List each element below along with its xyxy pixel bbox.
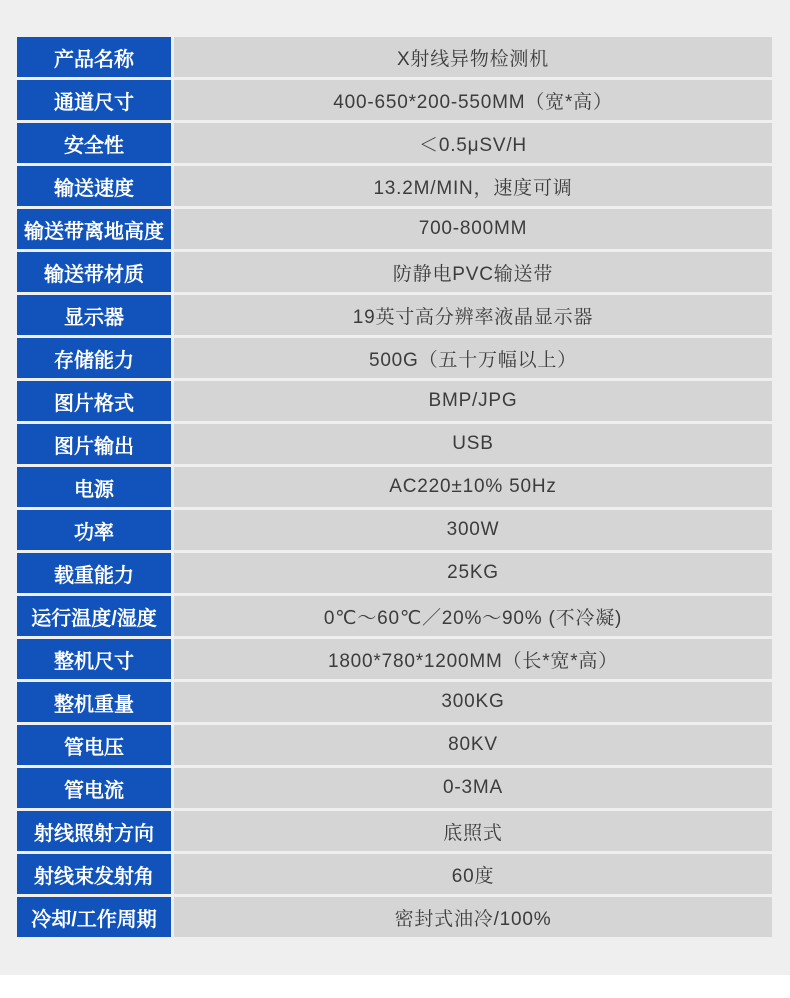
spec-row: 整机尺寸 1800*780*1200MM（长*宽*高） <box>17 639 772 679</box>
spec-label: 输送速度 <box>17 166 171 206</box>
spec-row: 存储能力 500G（五十万幅以上） <box>17 338 772 378</box>
spec-value: 13.2M/MIN，速度可调 <box>174 166 772 206</box>
spec-row: 射线束发射角 60度 <box>17 854 772 894</box>
spec-row: 输送带材质 防静电PVC输送带 <box>17 252 772 292</box>
spec-value: 19英寸高分辨率液晶显示器 <box>174 295 772 335</box>
spec-value: 700-800MM <box>174 209 772 249</box>
spec-value: ＜0.5μSV/H <box>174 123 772 163</box>
spec-value: 底照式 <box>174 811 772 851</box>
spec-row: 整机重量 300KG <box>17 682 772 722</box>
spec-value: USB <box>174 424 772 464</box>
spec-row: 产品名称 X射线异物检测机 <box>17 37 772 77</box>
spec-row: 冷却/工作周期 密封式油冷/100% <box>17 897 772 937</box>
spec-value: 300KG <box>174 682 772 722</box>
spec-row: 射线照射方向 底照式 <box>17 811 772 851</box>
spec-label: 图片输出 <box>17 424 171 464</box>
spec-value: 80KV <box>174 725 772 765</box>
spec-label: 整机尺寸 <box>17 639 171 679</box>
spec-value: 300W <box>174 510 772 550</box>
spec-row: 功率 300W <box>17 510 772 550</box>
spec-label: 显示器 <box>17 295 171 335</box>
spec-value: BMP/JPG <box>174 381 772 421</box>
spec-label: 射线照射方向 <box>17 811 171 851</box>
spec-label: 功率 <box>17 510 171 550</box>
spec-row: 运行温度/湿度 0℃～60℃／20%～90% (不冷凝) <box>17 596 772 636</box>
spec-value: 1800*780*1200MM（长*宽*高） <box>174 639 772 679</box>
spec-row: 载重能力 25KG <box>17 553 772 593</box>
spec-row: 图片输出 USB <box>17 424 772 464</box>
spec-label: 整机重量 <box>17 682 171 722</box>
spec-label: 管电压 <box>17 725 171 765</box>
spec-row: 输送带离地高度 700-800MM <box>17 209 772 249</box>
spec-value: 0℃～60℃／20%～90% (不冷凝) <box>174 596 772 636</box>
spec-label: 电源 <box>17 467 171 507</box>
spec-row: 显示器 19英寸高分辨率液晶显示器 <box>17 295 772 335</box>
spec-value: 25KG <box>174 553 772 593</box>
spec-label: 射线束发射角 <box>17 854 171 894</box>
spec-value: 密封式油冷/100% <box>174 897 772 937</box>
spec-row: 图片格式 BMP/JPG <box>17 381 772 421</box>
spec-value: 500G（五十万幅以上） <box>174 338 772 378</box>
spec-label: 输送带离地高度 <box>17 209 171 249</box>
footer-strip <box>0 975 790 998</box>
spec-row: 管电流 0-3MA <box>17 768 772 808</box>
spec-label: 冷却/工作周期 <box>17 897 171 937</box>
spec-label: 输送带材质 <box>17 252 171 292</box>
spec-label: 管电流 <box>17 768 171 808</box>
spec-table: 产品名称 X射线异物检测机 通道尺寸 400-650*200-550MM（宽*高… <box>17 37 772 937</box>
spec-label: 运行温度/湿度 <box>17 596 171 636</box>
spec-value: 60度 <box>174 854 772 894</box>
spec-row: 电源 AC220±10% 50Hz <box>17 467 772 507</box>
spec-value: 防静电PVC输送带 <box>174 252 772 292</box>
spec-row: 通道尺寸 400-650*200-550MM（宽*高） <box>17 80 772 120</box>
spec-label: 安全性 <box>17 123 171 163</box>
spec-label: 通道尺寸 <box>17 80 171 120</box>
spec-value: X射线异物检测机 <box>174 37 772 77</box>
spec-value: 0-3MA <box>174 768 772 808</box>
spec-label: 存储能力 <box>17 338 171 378</box>
spec-value: AC220±10% 50Hz <box>174 467 772 507</box>
spec-row: 安全性 ＜0.5μSV/H <box>17 123 772 163</box>
spec-row: 输送速度 13.2M/MIN，速度可调 <box>17 166 772 206</box>
spec-label: 图片格式 <box>17 381 171 421</box>
spec-row: 管电压 80KV <box>17 725 772 765</box>
spec-label: 产品名称 <box>17 37 171 77</box>
spec-label: 载重能力 <box>17 553 171 593</box>
spec-value: 400-650*200-550MM（宽*高） <box>174 80 772 120</box>
